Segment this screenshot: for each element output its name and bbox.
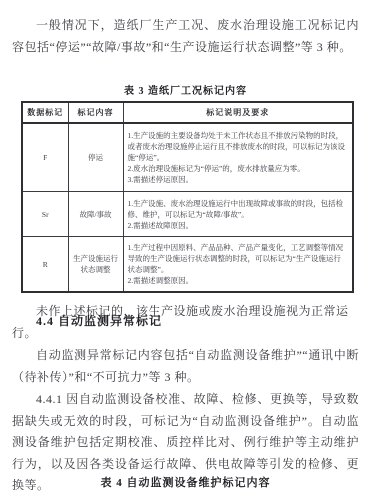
- mark-desc-cell: 1.生产过程中因原料、产品品种、产品产量变化，工艺调整等情况导致的生产设施运行状…: [123, 237, 353, 293]
- section-intro-paragraph: 自动监测异常标记内容包括“自动监测设备维护”“通讯中断（待补传）”和“不可抗力”…: [12, 345, 359, 388]
- document-page: 一般情况下，造纸厂生产工况、废水治理设施工况标记内容包括“停运”“故障/事故”和…: [0, 0, 371, 498]
- table4-caption: 表 4 自动监测设备维护标记内容: [0, 474, 371, 490]
- section-heading-4-4: 4.4 自动监测异常标记: [12, 311, 359, 333]
- table-row: Sr 故障/事故 1.生产设施、废水治理设施运行中出现故障或事故的时段，包括检修…: [22, 192, 353, 237]
- table3-col-header-mark: 数据标记: [22, 102, 68, 123]
- mark-code-cell: Sr: [22, 192, 68, 237]
- mark-name-cell: 故障/事故: [68, 192, 123, 237]
- table3-col-header-content: 标记内容: [68, 102, 123, 123]
- table-row: R 生产设施运行状态调整 1.生产过程中因原料、产品品种、产品产量变化，工艺调整…: [22, 237, 353, 293]
- table3-col-header-desc: 标记说明及要求: [123, 102, 353, 123]
- mark-desc-cell: 1.生产设施、废水治理设施运行中出现故障或事故的时段，包括检修、维护，可以标记为…: [123, 192, 353, 237]
- mark-desc-cell: 1.生产设施的主要设备均处于未工作状态且不排放污染物的时段，或者废水治理设施停止…: [123, 123, 353, 192]
- table3-header-row: 数据标记 标记内容 标记说明及要求: [22, 102, 353, 123]
- table3-caption: 表 3 造纸厂工况标记内容: [0, 82, 371, 97]
- table-row: F 停运 1.生产设施的主要设备均处于未工作状态且不排放污染物的时段，或者废水治…: [22, 123, 353, 192]
- mark-code-cell: F: [22, 123, 68, 192]
- mark-name-cell: 停运: [68, 123, 123, 192]
- intro-paragraph: 一般情况下，造纸厂生产工况、废水治理设施工况标记内容包括“停运”“故障/事故”和…: [12, 15, 359, 58]
- mark-code-cell: R: [22, 237, 68, 293]
- mark-name-cell: 生产设施运行状态调整: [68, 237, 123, 293]
- table3-mark-table: 数据标记 标记内容 标记说明及要求 F 停运 1.生产设施的主要设备均处于未工作…: [21, 101, 354, 293]
